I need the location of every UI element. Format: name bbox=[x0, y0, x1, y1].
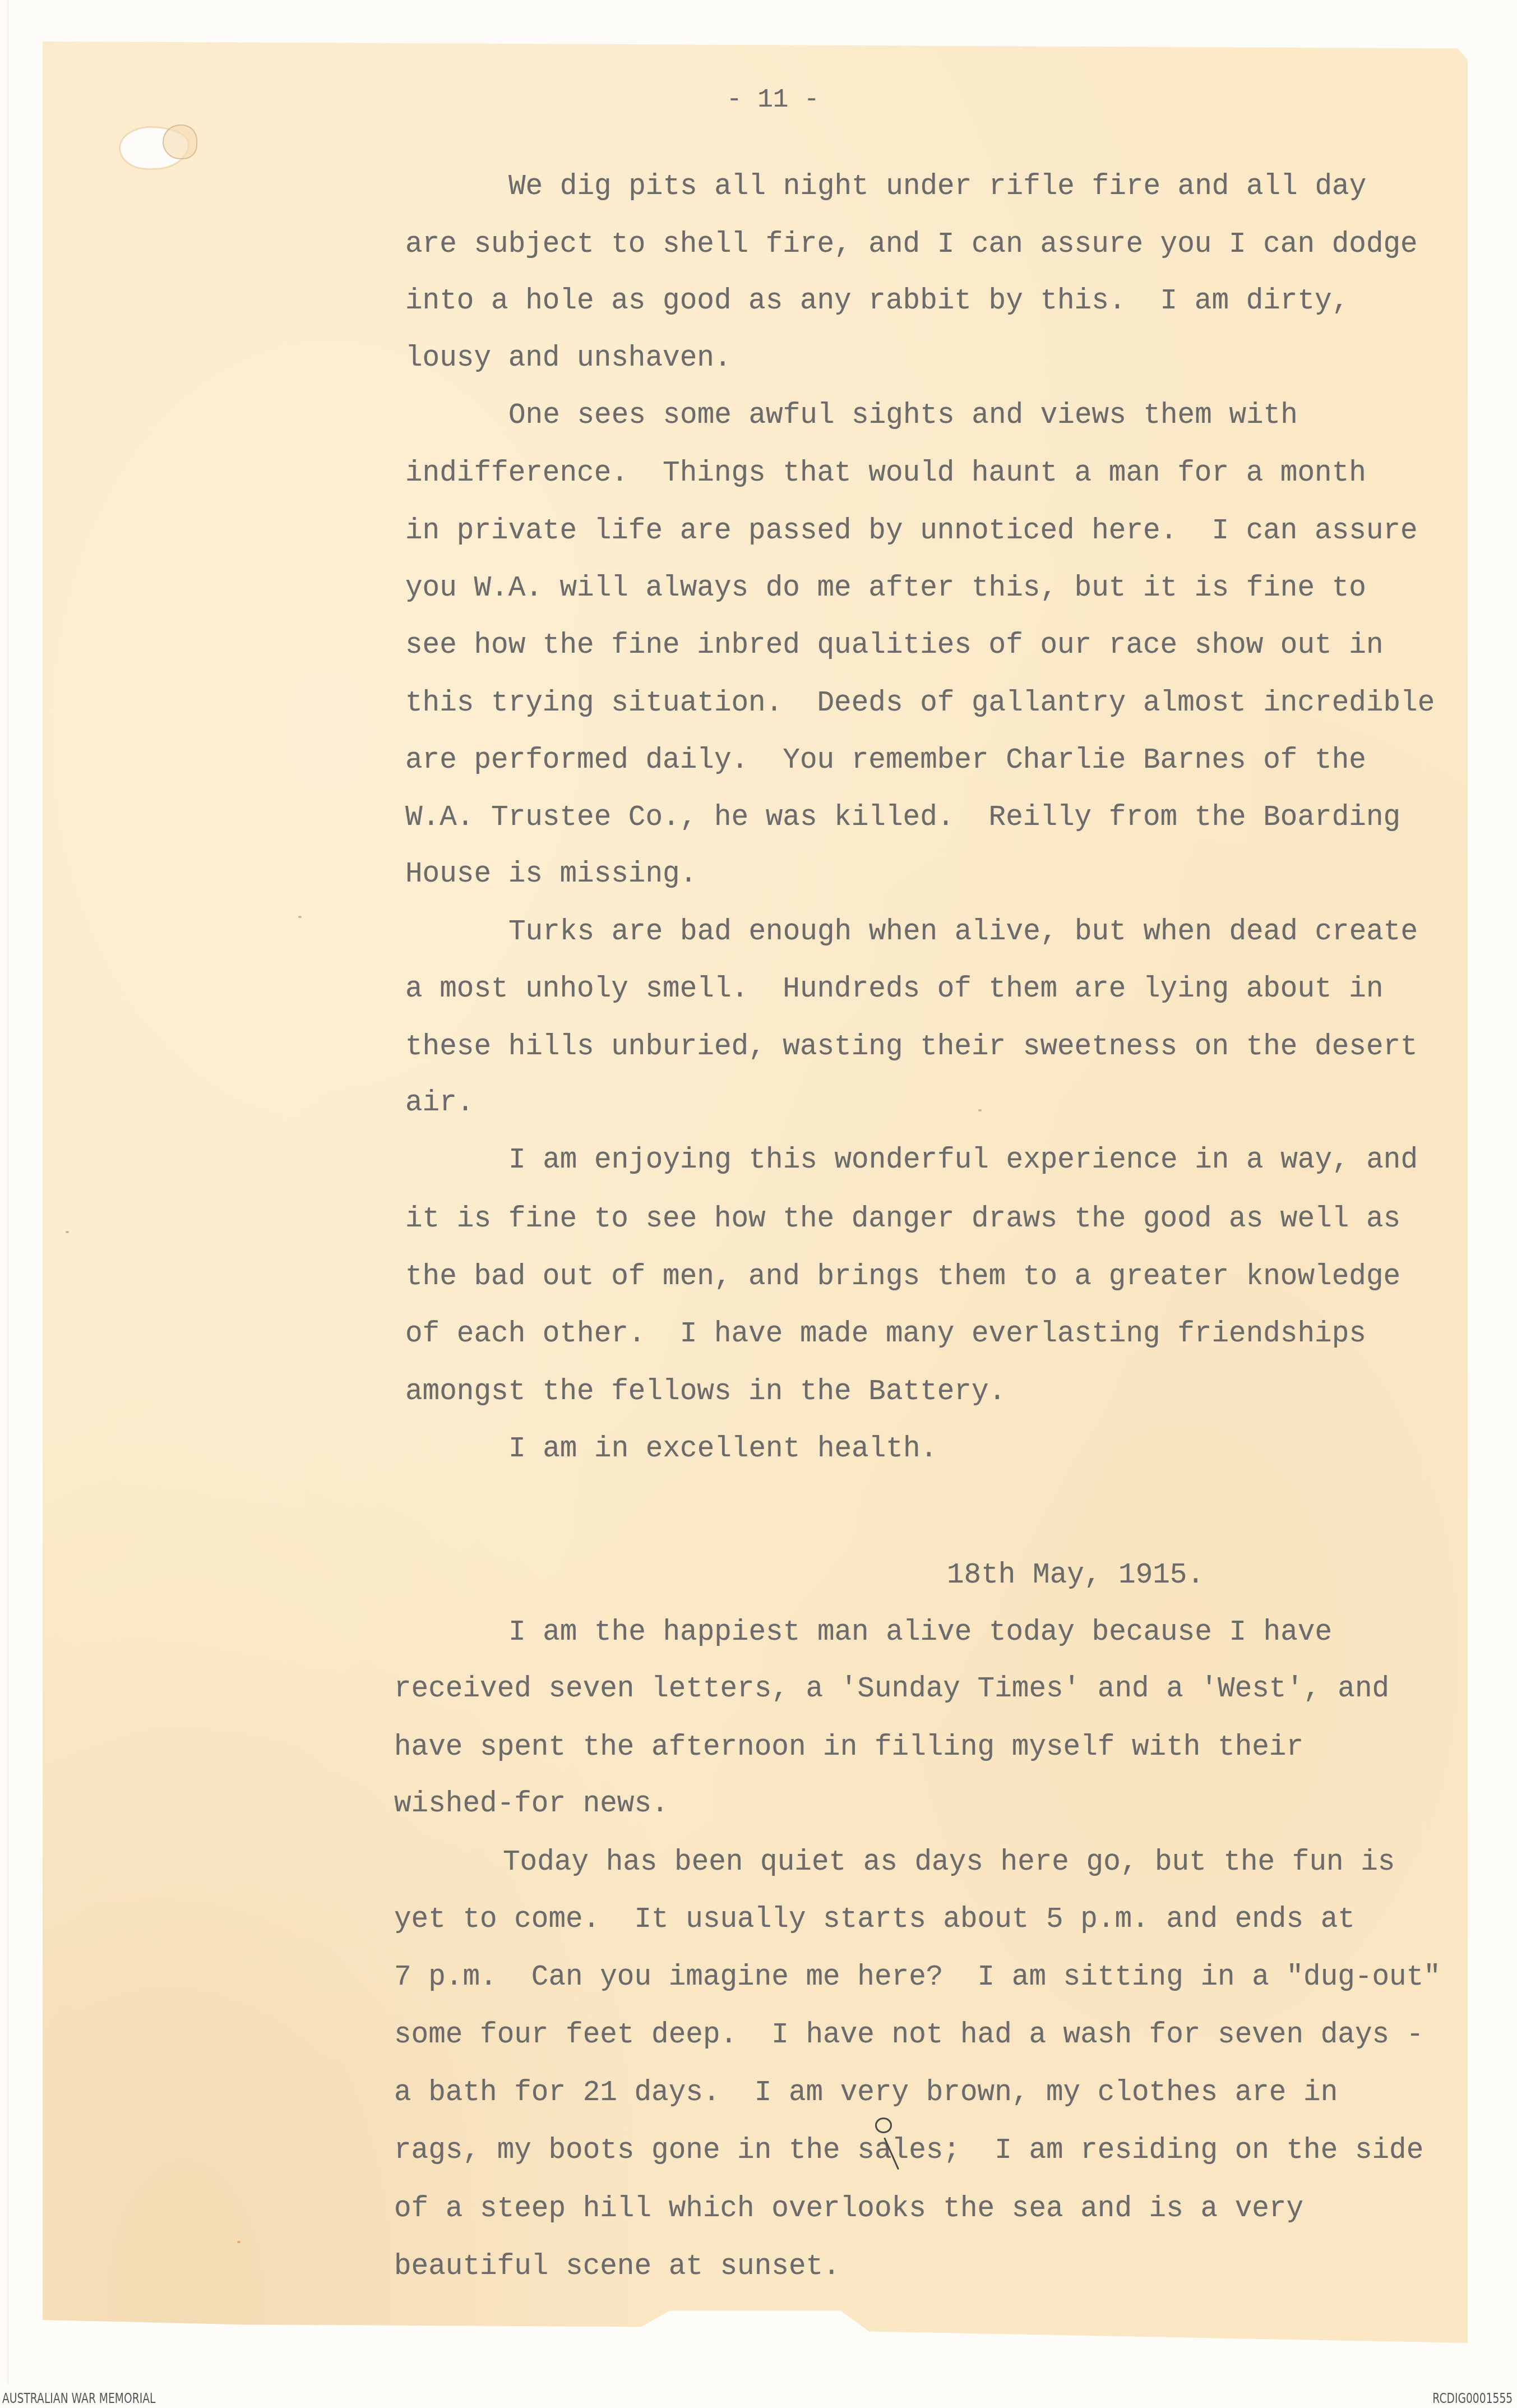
text-line: House is missing. bbox=[405, 858, 697, 892]
text-line: indifference. Things that would haunt a … bbox=[405, 457, 1366, 491]
paper-speck bbox=[978, 1109, 982, 1111]
text-line: this trying situation. Deeds of gallantr… bbox=[405, 687, 1435, 721]
text-line: I am enjoying this wonderful experience … bbox=[508, 1144, 1418, 1178]
entry-date: 18th May, 1915. bbox=[947, 1559, 1204, 1593]
text-line: I am the happiest man alive today becaus… bbox=[508, 1616, 1332, 1650]
text-line: rags, my boots gone in the sales; I am r… bbox=[394, 2134, 1423, 2168]
text-line: the bad out of men, and brings them to a… bbox=[405, 1261, 1400, 1294]
text-line: received seven letters, a 'Sunday Times'… bbox=[394, 1673, 1389, 1706]
text-line: Turks are bad enough when alive, but whe… bbox=[508, 916, 1418, 949]
text-line: We dig pits all night under rifle fire a… bbox=[508, 170, 1366, 204]
text-line: 7 p.m. Can you imagine me here? I am sit… bbox=[394, 1961, 1441, 1995]
handwritten-o-correction bbox=[875, 2118, 892, 2133]
text-line: it is fine to see how the danger draws t… bbox=[405, 1203, 1400, 1237]
text-line: yet to come. It usually starts about 5 p… bbox=[394, 1903, 1355, 1937]
text-line: Today has been quiet as days here go, bu… bbox=[503, 1846, 1395, 1880]
text-line: One sees some awful sights and views the… bbox=[508, 399, 1298, 433]
text-line: of a steep hill which overlooks the sea … bbox=[394, 2193, 1303, 2226]
paper-speck bbox=[66, 1231, 69, 1233]
paper-speck bbox=[237, 2241, 240, 2243]
text-line: see how the fine inbred qualities of our… bbox=[405, 629, 1383, 663]
text-line: a bath for 21 days. I am very brown, my … bbox=[394, 2077, 1338, 2110]
scan-edge-line bbox=[8, 0, 8, 2383]
page-number: - 11 - bbox=[727, 83, 820, 117]
text-line: in private life are passed by unnoticed … bbox=[405, 515, 1418, 548]
text-line: a most unholy smell. Hundreds of them ar… bbox=[405, 973, 1383, 1007]
text-line: some four feet deep. I have not had a wa… bbox=[394, 2019, 1423, 2052]
text-line: of each other. I have made many everlast… bbox=[405, 1318, 1366, 1351]
text-line: I am in excellent health. bbox=[508, 1433, 937, 1466]
text-line: these hills unburied, wasting their swee… bbox=[405, 1031, 1418, 1064]
text-line: have spent the afternoon in filling myse… bbox=[394, 1731, 1303, 1765]
text-line: you W.A. will always do me after this, b… bbox=[405, 572, 1366, 606]
paper-speck bbox=[298, 916, 302, 918]
text-line: wished-for news. bbox=[394, 1788, 669, 1821]
text-line: amongst the fellows in the Battery. bbox=[405, 1376, 1006, 1409]
text-line: beautiful scene at sunset. bbox=[394, 2250, 840, 2284]
footer-record-id: RCDIG0001555 bbox=[1432, 2391, 1513, 2406]
paper-tear-flap bbox=[163, 124, 197, 159]
text-line: W.A. Trustee Co., he was killed. Reilly … bbox=[405, 801, 1400, 835]
footer-institution: AUSTRALIAN WAR MEMORIAL bbox=[2, 2391, 155, 2406]
text-line: lousy and unshaven. bbox=[405, 342, 732, 376]
text-line: are subject to shell fire, and I can ass… bbox=[405, 228, 1418, 262]
text-line: are performed daily. You remember Charli… bbox=[405, 744, 1366, 778]
typewritten-page bbox=[43, 41, 1468, 2343]
text-line: into a hole as good as any rabbit by thi… bbox=[405, 285, 1349, 319]
text-line: air. bbox=[405, 1087, 474, 1120]
